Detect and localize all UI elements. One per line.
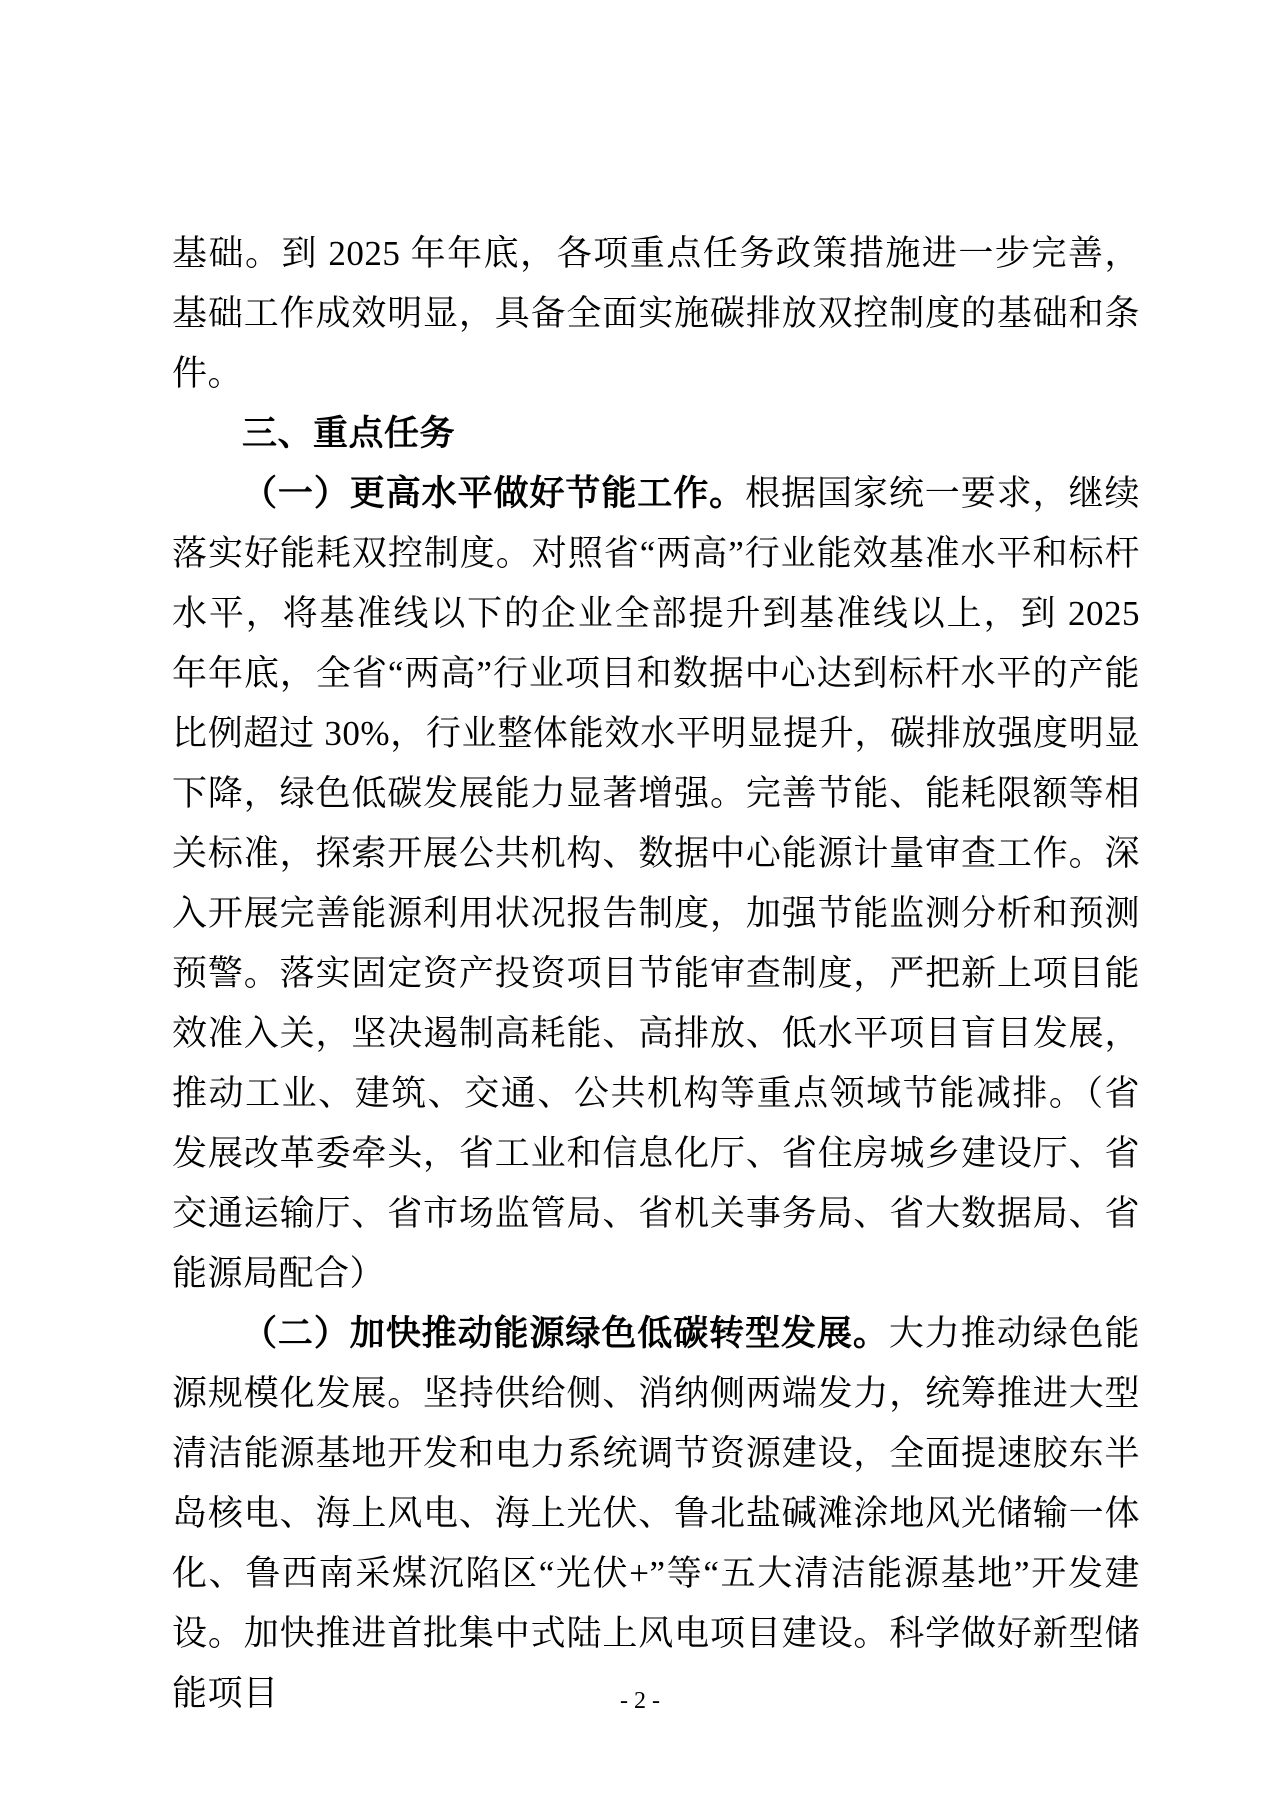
item-2-lead-text: （二）加快推动能源绿色低碳转型发展。 (242, 1314, 889, 1353)
section-heading: 三、重点任务 (172, 404, 1140, 464)
page-number: - 2 - (0, 1686, 1280, 1716)
document-page: 基础。到 2025 年年底，各项重点任务政策措施进一步完善，基础工作成效明显，具… (0, 0, 1280, 1810)
paragraph-item-2: （二）加快推动能源绿色低碳转型发展。大力推动绿色能源规模化发展。坚持供给侧、消纳… (172, 1304, 1140, 1724)
item-2-body-text: 大力推动绿色能源规模化发展。坚持供给侧、消纳侧两端发力，统筹推进大型清洁能源基地… (172, 1314, 1140, 1713)
document-body: 基础。到 2025 年年底，各项重点任务政策措施进一步完善，基础工作成效明显，具… (172, 224, 1140, 1724)
item-1-body-text: 根据国家统一要求，继续落实好能耗双控制度。对照省“两高”行业能效基准水平和标杆水… (172, 474, 1140, 1293)
item-1-lead-text: （一）更高水平做好节能工作。 (242, 474, 745, 513)
paragraph-continuation: 基础。到 2025 年年底，各项重点任务政策措施进一步完善，基础工作成效明显，具… (172, 224, 1140, 404)
paragraph-item-1: （一）更高水平做好节能工作。根据国家统一要求，继续落实好能耗双控制度。对照省“两… (172, 464, 1140, 1304)
